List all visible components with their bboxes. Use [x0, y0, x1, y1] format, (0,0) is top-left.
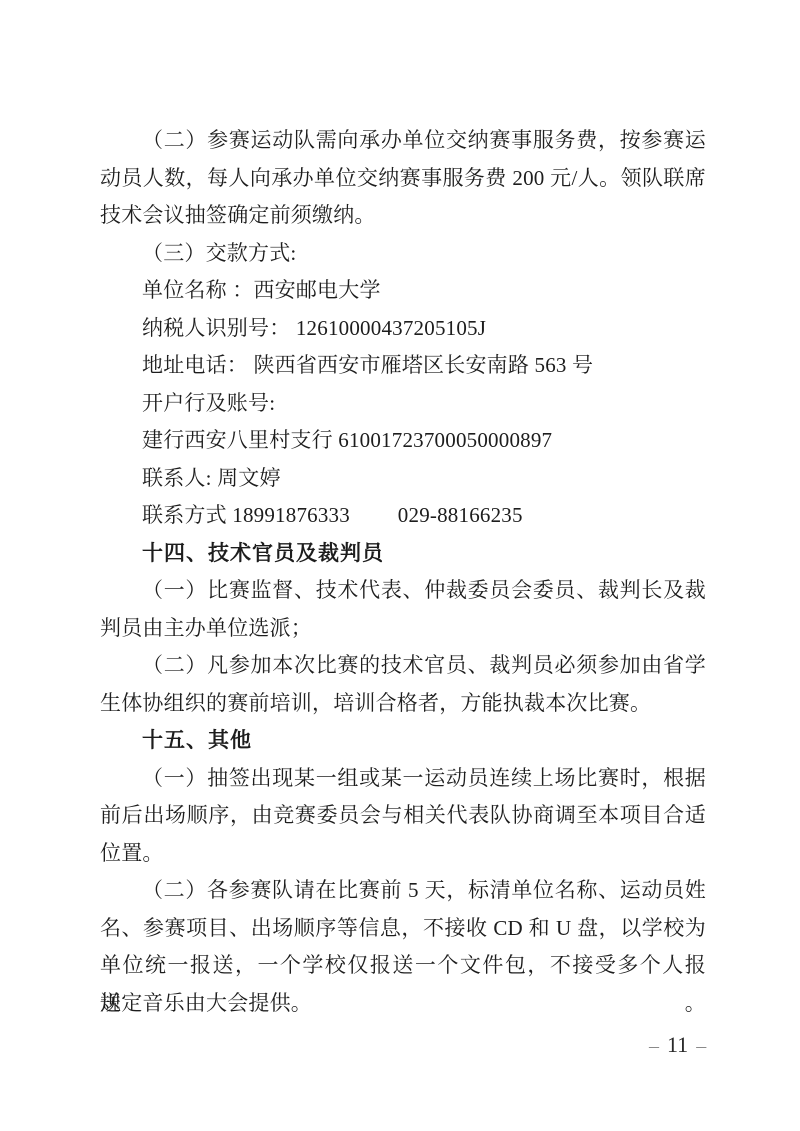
text-line: （二）参赛运动队需向承办单位交纳赛事服务费，按参赛运	[100, 122, 706, 160]
text-line: 开户行及账号:	[100, 385, 706, 423]
text-line: 判员由主办单位选派；	[100, 610, 706, 648]
text-line: 联系方式 18991876333 029-88166235	[100, 497, 706, 535]
document-page: （二）参赛运动队需向承办单位交纳赛事服务费，按参赛运动员人数，每人向承办单位交纳…	[0, 0, 800, 1131]
text-line: 名、参赛项目、出场顺序等信息，不接收 CD 和 U 盘，以学校为	[100, 910, 706, 948]
page-number-dash-left: –	[641, 1035, 667, 1057]
text-line: 前后出场顺序，由竞赛委员会与相关代表队协商调至本项目合适	[100, 797, 706, 835]
text-line: 技术会议抽签确定前须缴纳。	[100, 197, 706, 235]
text-line: 联系人: 周文婷	[100, 460, 706, 498]
text-line: 位置。	[100, 835, 706, 873]
text-line: 建行西安八里村支行 61001723700050000897	[100, 422, 706, 460]
text-line: （三）交款方式:	[100, 235, 706, 273]
page-number: –11–	[641, 1033, 714, 1058]
document-body: （二）参赛运动队需向承办单位交纳赛事服务费，按参赛运动员人数，每人向承办单位交纳…	[100, 122, 706, 1022]
text-line: （一）比赛监督、技术代表、仲裁委员会委员、裁判长及裁	[100, 572, 706, 610]
text-line: 动员人数，每人向承办单位交纳赛事服务费 200 元/人。领队联席	[100, 160, 706, 198]
text-line: 纳税人识别号： 12610000437205105J	[100, 310, 706, 348]
text-line: （二）各参赛队请在比赛前 5 天，标清单位名称、运动员姓	[100, 872, 706, 910]
text-line: 单位统一报送，一个学校仅报送一个文件包，不接受多个人报送。	[100, 947, 706, 985]
text-line: （一）抽签出现某一组或某一运动员连续上场比赛时，根据	[100, 760, 706, 798]
section-heading: 十五、其他	[100, 722, 706, 760]
text-line: 地址电话： 陕西省西安市雁塔区长安南路 563 号	[100, 347, 706, 385]
page-number-dash-right: –	[688, 1035, 714, 1057]
text-line: 单位名称 ：西安邮电大学	[100, 272, 706, 310]
text-line: 生体协组织的赛前培训，培训合格者，方能执裁本次比赛。	[100, 685, 706, 723]
text-line: （二）凡参加本次比赛的技术官员、裁判员必须参加由省学	[100, 647, 706, 685]
page-number-value: 11	[667, 1032, 688, 1057]
section-heading: 十四、技术官员及裁判员	[100, 535, 706, 573]
